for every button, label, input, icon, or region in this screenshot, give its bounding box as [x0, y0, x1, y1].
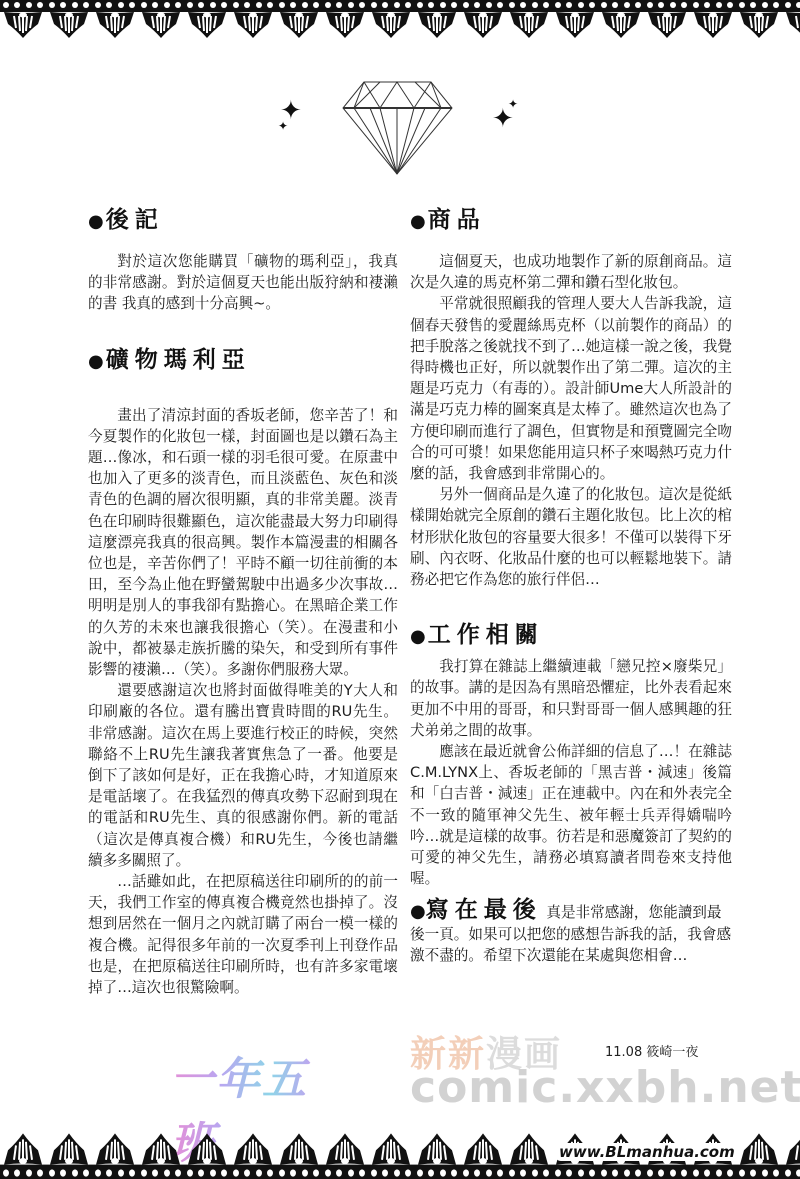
- class-logo: 一年五班: [140, 1035, 320, 1125]
- lace-border-top: [0, 0, 800, 40]
- section-heading: ●後記: [88, 205, 398, 237]
- diamond-ornament: ✦ ✦ ✦ ✦: [0, 78, 800, 178]
- paragraph: …話雖如此，在把原稿送往印刷所的的前一天，我們工作室的傳真複合機竟然也掛掉了。沒…: [88, 871, 398, 998]
- bullet-icon: ●: [410, 626, 426, 647]
- right-column: ●商品 這個夏天，也成功地製作了新的原創商品。這次是久違的馬克杯第二彈和鑽石型化…: [410, 205, 732, 966]
- signature: 11.08 筱崎一夜: [605, 1041, 698, 1060]
- paragraph: 另外一個商品是久違了的化妝包。這次是從紙樣開始就完全原創的鑽石主題化妝包。比上次…: [410, 484, 732, 590]
- left-column: ●後記 對於這次您能購買「礦物的瑪利亞」，我真的非常感謝。對於這個夏天也能出版狩…: [88, 205, 398, 1028]
- bullet-icon: ●: [88, 351, 104, 372]
- lace-border-icon: [0, 0, 800, 40]
- watermark-blmanhua: www.BLmanhua.com: [555, 1143, 739, 1161]
- paragraph: 對於這次您能購買「礦物的瑪利亞」，我真的非常感謝。對於這個夏天也能出版狩納和褄瀨…: [88, 251, 398, 315]
- paragraph: 這個夏天，也成功地製作了新的原創商品。這次是久違的馬克杯第二彈和鑽石型化妝包。: [410, 251, 732, 293]
- bullet-icon: ●: [410, 211, 426, 232]
- watermark-url: comic.xxbh.net: [410, 1062, 800, 1113]
- paragraph: 平常就很照顧我的管理人要大人告訴我說，這個春天發售的愛麗絲馬克杯（以前製作的商品…: [410, 293, 732, 484]
- section-heading: ●寫在最後: [410, 896, 542, 923]
- paragraph: 還要感謝這次也將封面做得唯美的Y大人和印刷廠的各位。還有騰出寶貴時間的RU先生。…: [88, 680, 398, 871]
- bullet-icon: ●: [88, 211, 104, 232]
- section-merchandise: ●商品 這個夏天，也成功地製作了新的原創商品。這次是久違的馬克杯第二彈和鑽石型化…: [410, 205, 732, 590]
- section-work-related: ●工作相關 我打算在雜誌上繼續連載「戀兄控×廢柴兄」的故事。講的是因為有黑暗恐懼…: [410, 620, 732, 889]
- section-heading: ●礦物瑪利亞: [88, 345, 398, 377]
- section-closing: ●寫在最後 真是非常感謝，您能讀到最後一頁。如果可以把您的感想告訴我的話，我會感…: [410, 899, 732, 966]
- paragraph: 我打算在雜誌上繼續連載「戀兄控×廢柴兄」的故事。講的是因為有黑暗恐懼症，比外表看…: [410, 656, 732, 741]
- sparkle-icon: ✦: [278, 120, 288, 132]
- section-mineral-maria: ●礦物瑪利亞 畫出了清涼封面的香坂老師，您辛苦了！和今夏製作的化妝包一樣，封面圖…: [88, 345, 398, 999]
- section-afterword: ●後記 對於這次您能購買「礦物的瑪利亞」，我真的非常感謝。對於這個夏天也能出版狩…: [88, 205, 398, 315]
- paragraph: 畫出了清涼封面的香坂老師，您辛苦了！和今夏製作的化妝包一樣，封面圖也是以鑽石為主…: [88, 405, 398, 681]
- paragraph: 應該在最近就會公佈詳細的信息了…！在雜誌C.M.LYNX上、香坂老師的「黑吉普・…: [410, 741, 732, 889]
- diamond-icon: [340, 80, 455, 176]
- sparkle-icon: ✦: [508, 98, 518, 110]
- bullet-icon: ●: [410, 901, 426, 922]
- section-heading: ●商品: [410, 205, 732, 237]
- section-heading: ●工作相關: [410, 620, 732, 652]
